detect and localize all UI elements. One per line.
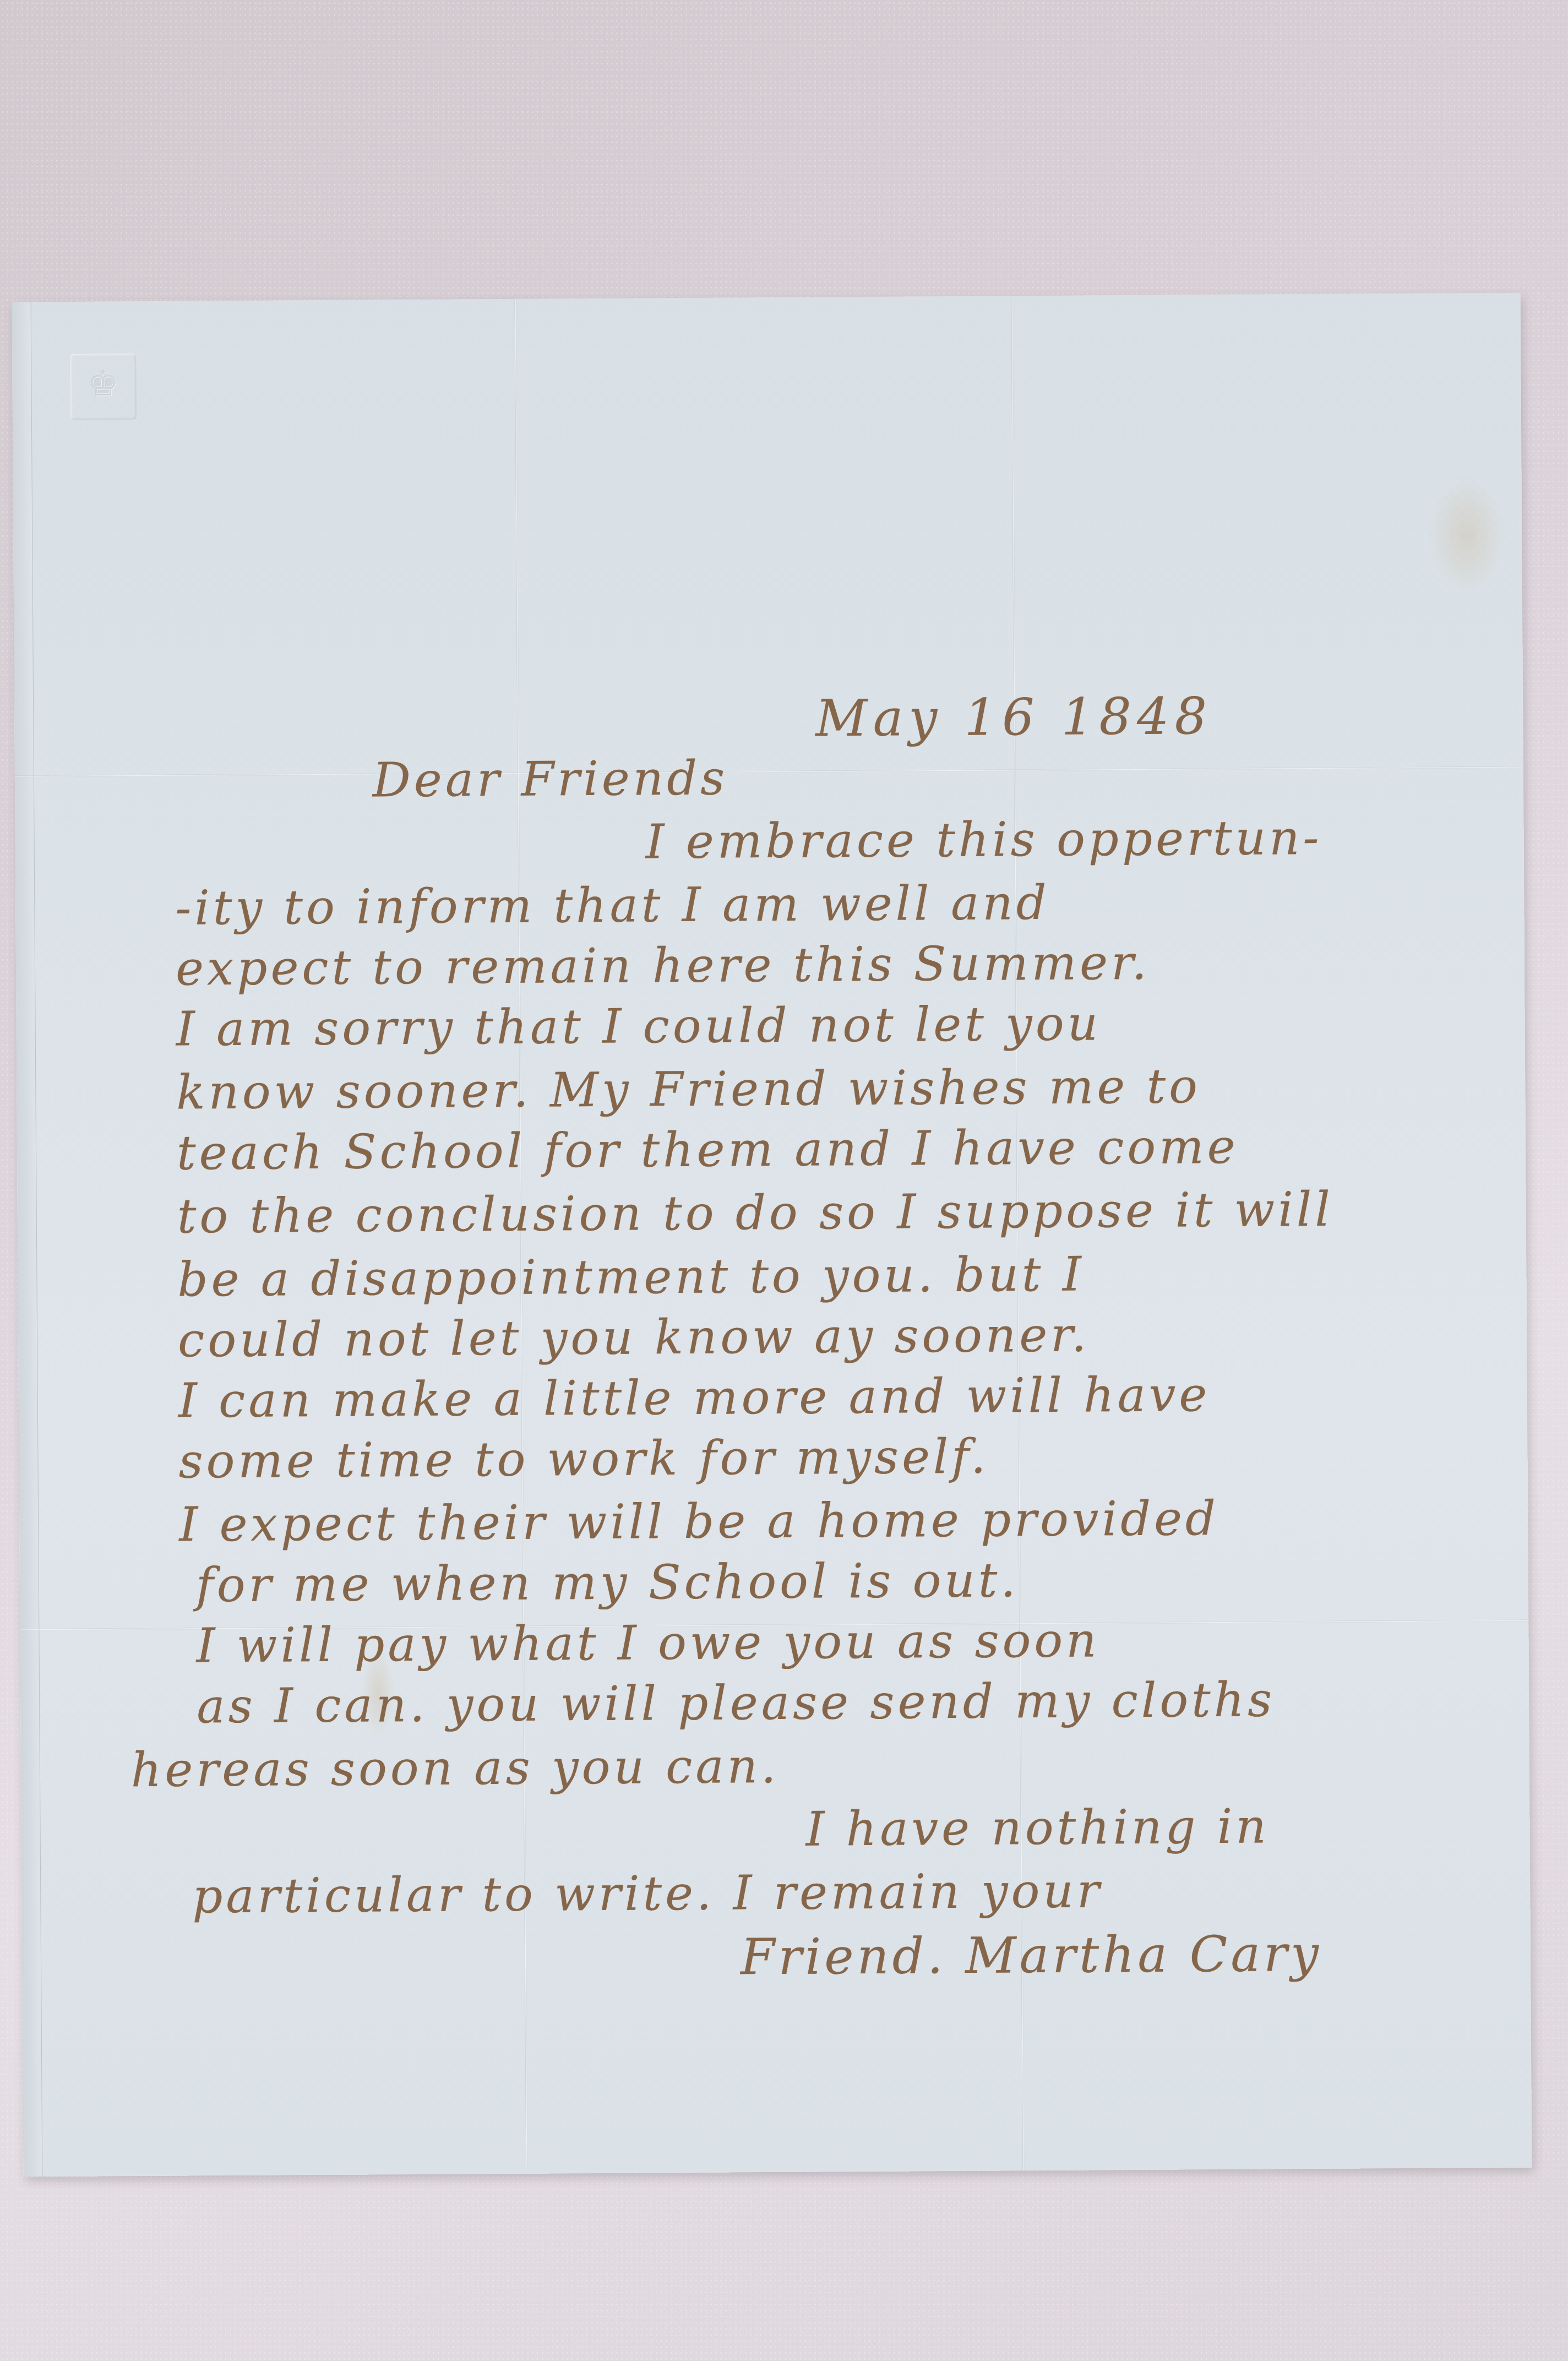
letter-line: I embrace this oppertun- [645, 814, 1322, 866]
paper-stain [1428, 475, 1506, 596]
letter-line: I will pay what I owe you as soon [196, 1617, 1100, 1669]
letter-line: to the conclusion to do so I suppose it … [177, 1186, 1334, 1241]
closing-line: I have nothing in [805, 1803, 1270, 1853]
closing-line: particular to write. I remain your [192, 1867, 1103, 1920]
emboss-glyph: ♚ [70, 363, 136, 405]
letter-line: I can make a little more and will have [178, 1371, 1211, 1424]
letter-line: for me when my School is out. [196, 1557, 1019, 1609]
letter-sheet: ♚ May 16 1848 Dear Friends I embrace thi… [12, 293, 1532, 2177]
letter-date: May 16 1848 [815, 691, 1212, 744]
letter-line: as I can. you will please send my cloths [197, 1676, 1275, 1730]
letter-line: be a disappointment to you. but I [177, 1251, 1085, 1304]
letter-line: I am sorry that I could not let you [176, 1000, 1101, 1053]
embossed-stamp-icon: ♚ [70, 353, 137, 420]
letter-line: -ity to inform that I am well and [175, 879, 1050, 932]
letter-line: know sooner. My Friend wishes me to [176, 1063, 1201, 1116]
letter-line: hereas soon as you can. [131, 1743, 780, 1794]
letter-line: teach School for them and I have come [177, 1123, 1239, 1177]
fold-line-horizontal-upper [15, 766, 1523, 777]
signature: Friend. Martha Cary [741, 1929, 1322, 1982]
letter-line: expect to remain here this Summer. [176, 939, 1150, 993]
letter-line: I expect their will be a home provided [179, 1495, 1219, 1549]
letter-line: some time to work for myself. [178, 1433, 989, 1486]
letter-salutation: Dear Friends [373, 754, 728, 804]
letter-line: could not let you know ay sooner. [178, 1311, 1090, 1364]
